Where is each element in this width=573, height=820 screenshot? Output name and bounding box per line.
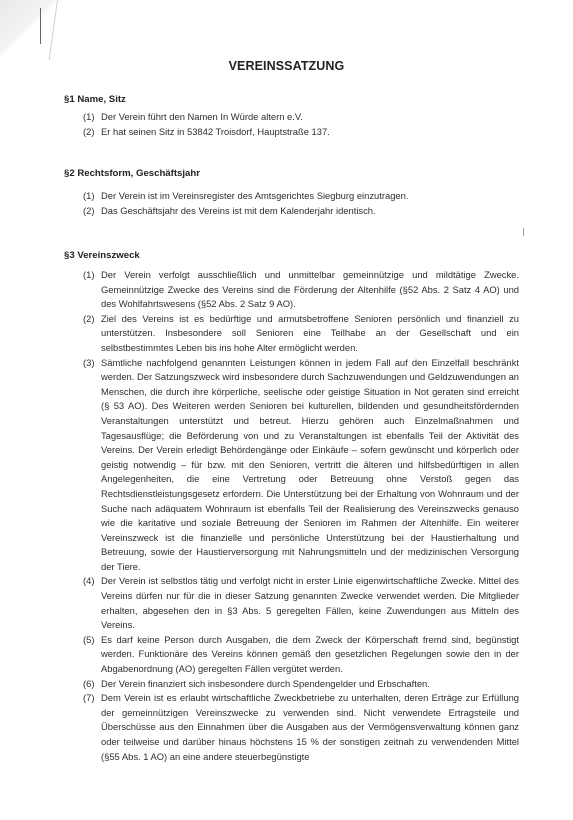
item-text: Ziel des Vereins ist es bedürftige und a… xyxy=(101,312,519,356)
item-text: Der Verein führt den Namen In Würde alte… xyxy=(101,110,519,125)
scan-artifact-line xyxy=(40,8,41,44)
item-text: Dem Verein ist es erlaubt wirtschaftlich… xyxy=(101,691,519,764)
item-number: (1) xyxy=(83,110,101,125)
section-heading-2: §2 Rechtsform, Geschäftsjahr xyxy=(64,168,200,179)
list-item: (1) Der Verein führt den Namen In Würde … xyxy=(83,110,519,125)
list-item: (1) Der Verein ist im Vereinsregister de… xyxy=(83,189,519,204)
item-number: (2) xyxy=(83,204,101,219)
item-text: Sämtliche nachfolgend genannten Leistung… xyxy=(101,356,519,575)
list-item: (1) Der Verein verfolgt ausschließlich u… xyxy=(83,268,519,312)
item-number: (5) xyxy=(83,633,101,677)
section-1-list: (1) Der Verein führt den Namen In Würde … xyxy=(83,110,519,139)
item-text: Der Verein finanziert sich insbesondere … xyxy=(101,677,519,692)
item-text: Es darf keine Person durch Ausgaben, die… xyxy=(101,633,519,677)
item-number: (1) xyxy=(83,189,101,204)
item-text: Er hat seinen Sitz in 53842 Troisdorf, H… xyxy=(101,125,519,140)
item-number: (1) xyxy=(83,268,101,312)
list-item: (3) Sämtliche nachfolgend genannten Leis… xyxy=(83,356,519,575)
section-2-list: (1) Der Verein ist im Vereinsregister de… xyxy=(83,189,519,218)
item-text: Das Geschäftsjahr des Vereins ist mit de… xyxy=(101,204,519,219)
list-item: (2) Das Geschäftsjahr des Vereins ist mi… xyxy=(83,204,519,219)
item-number: (2) xyxy=(83,312,101,356)
item-number: (6) xyxy=(83,677,101,692)
section-3-list: (1) Der Verein verfolgt ausschließlich u… xyxy=(83,268,519,764)
list-item: (2) Er hat seinen Sitz in 53842 Troisdor… xyxy=(83,125,519,140)
item-text: Der Verein ist selbstlos tätig und verfo… xyxy=(101,574,519,632)
item-number: (4) xyxy=(83,574,101,632)
section-heading-1: §1 Name, Sitz xyxy=(64,94,126,105)
list-item: (4) Der Verein ist selbstlos tätig und v… xyxy=(83,574,519,632)
list-item: (2) Ziel des Vereins ist es bedürftige u… xyxy=(83,312,519,356)
item-number: (3) xyxy=(83,356,101,575)
item-text: Der Verein verfolgt ausschließlich und u… xyxy=(101,268,519,312)
list-item: (6) Der Verein finanziert sich insbesond… xyxy=(83,677,519,692)
item-number: (2) xyxy=(83,125,101,140)
document-title: VEREINSSATZUNG xyxy=(0,59,573,73)
scan-artifact-mark xyxy=(523,228,524,236)
item-number: (7) xyxy=(83,691,101,764)
list-item: (5) Es darf keine Person durch Ausgaben,… xyxy=(83,633,519,677)
item-text: Der Verein ist im Vereinsregister des Am… xyxy=(101,189,519,204)
section-heading-3: §3 Vereinszweck xyxy=(64,250,140,261)
list-item: (7) Dem Verein ist es erlaubt wirtschaft… xyxy=(83,691,519,764)
